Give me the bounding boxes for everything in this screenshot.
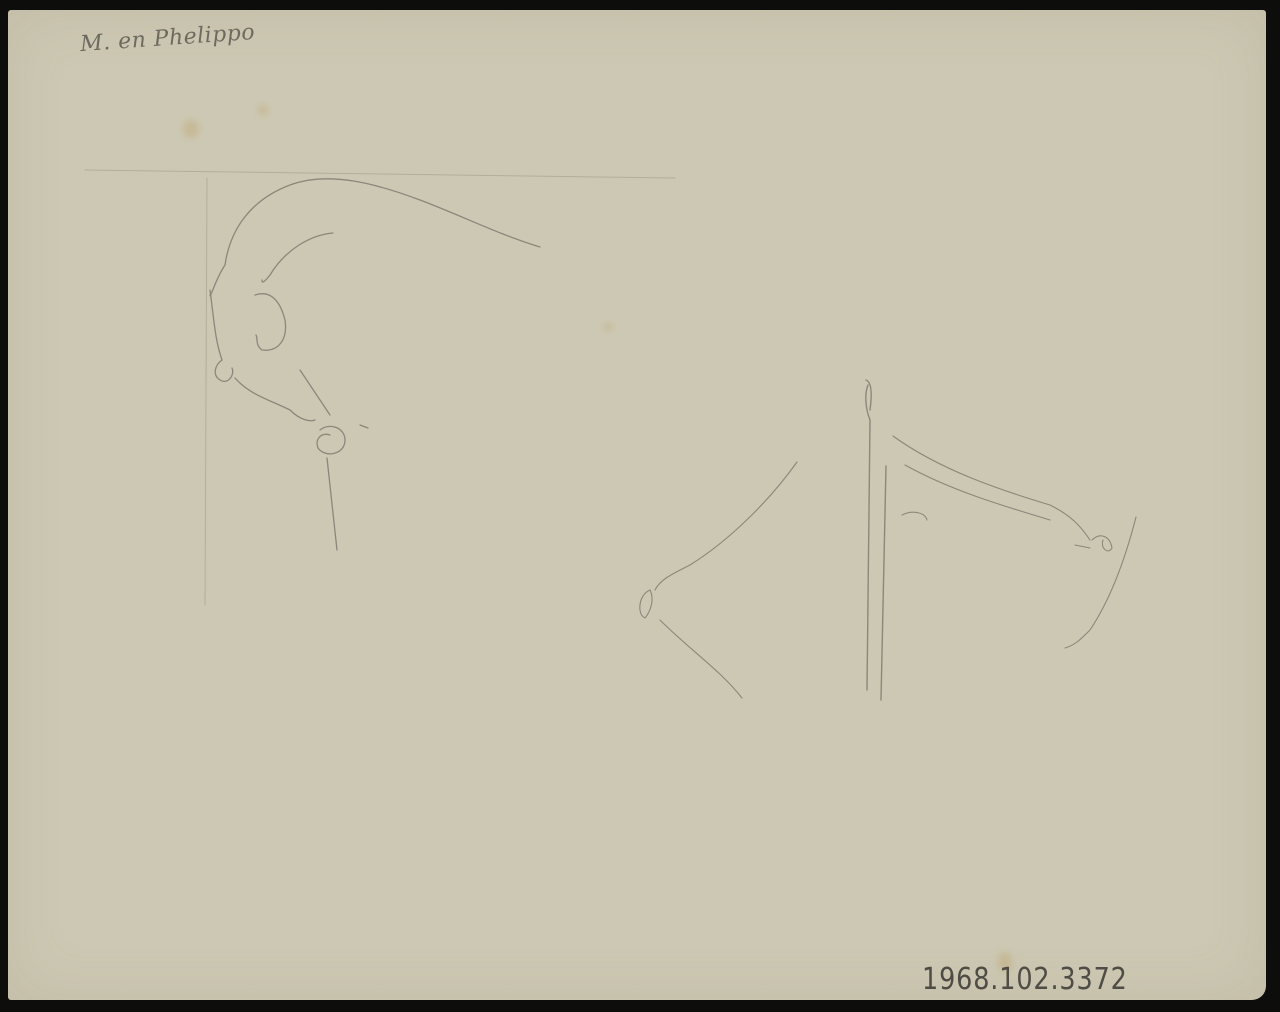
pencil-sketch <box>0 0 1280 1012</box>
profile-face-outline <box>640 436 1136 698</box>
vertical-mast-lines <box>866 380 886 700</box>
profile-head-sketch <box>210 179 540 550</box>
framing-lines <box>85 170 675 605</box>
